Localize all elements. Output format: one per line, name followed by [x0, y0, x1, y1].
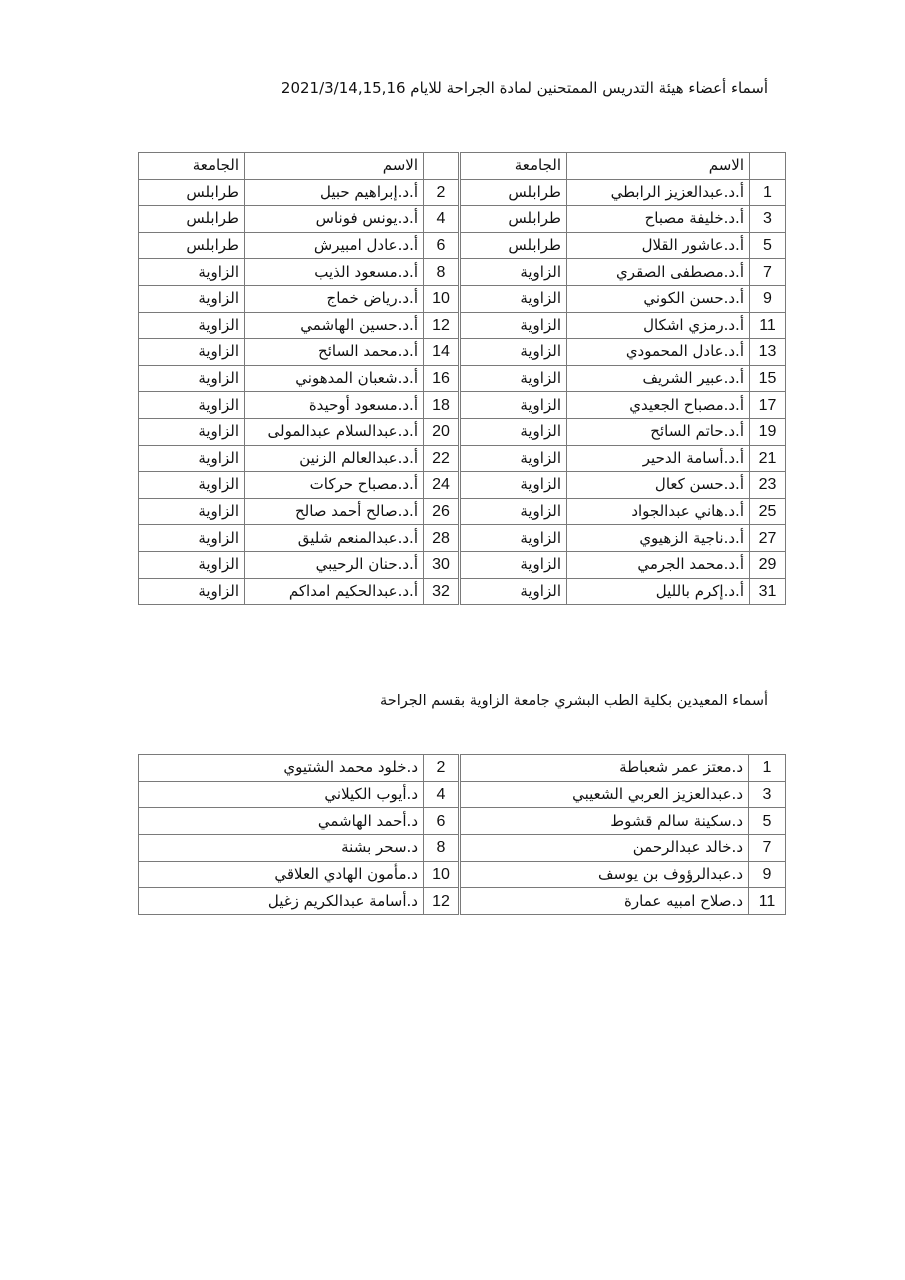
cell-university: الزاوية	[139, 392, 245, 419]
cell-university: الزاوية	[460, 445, 567, 472]
cell-name: أ.د.مسعود الذيب	[245, 259, 424, 286]
cell-name: أ.د.حسين الهاشمي	[245, 312, 424, 339]
cell-university: الزاوية	[460, 525, 567, 552]
table-row: 11د.صلاح امبيه عمارة12د.أسامة عبدالكريم …	[139, 888, 786, 915]
faculty-examiners-table: الاسم الجامعة الاسم الجامعة 1أ.د.عبدالعز…	[138, 152, 786, 605]
teaching-assistants-table: 1د.معتز عمر شعباطة2د.خلود محمد الشتيوي3د…	[138, 754, 786, 915]
cell-num: 3	[749, 781, 786, 808]
cell-name: أ.د.مصباح حركات	[245, 472, 424, 499]
cell-university: الزاوية	[139, 578, 245, 605]
cell-university: الزاوية	[460, 285, 567, 312]
cell-university: الزاوية	[460, 578, 567, 605]
table-row: 13أ.د.عادل المحموديالزاوية14أ.د.محمد الس…	[139, 339, 786, 366]
table-row: 25أ.د.هاني عبدالجوادالزاوية26أ.د.صالح أح…	[139, 498, 786, 525]
cell-university: الزاوية	[139, 551, 245, 578]
cell-name: أ.د.صالح أحمد صالح	[245, 498, 424, 525]
cell-name: د.أحمد الهاشمي	[139, 808, 424, 835]
cell-num: 6	[424, 232, 460, 259]
cell-name: أ.د.عبدالسلام عبدالمولى	[245, 418, 424, 445]
cell-num: 10	[424, 861, 460, 888]
cell-num: 22	[424, 445, 460, 472]
cell-num: 16	[424, 365, 460, 392]
cell-name: أ.د.محمد الجرمي	[567, 551, 750, 578]
cell-university: الزاوية	[139, 365, 245, 392]
cell-name: د.خالد عبدالرحمن	[460, 835, 749, 862]
cell-num: 5	[749, 808, 786, 835]
table-row: 31أ.د.إكرم بالليلالزاوية32أ.د.عبدالحكيم …	[139, 578, 786, 605]
cell-name: أ.د.عاشور القلال	[567, 232, 750, 259]
cell-university: الزاوية	[460, 472, 567, 499]
header-university: الجامعة	[139, 153, 245, 180]
header-university: الجامعة	[460, 153, 567, 180]
cell-name: أ.د.حسن كعال	[567, 472, 750, 499]
cell-name: د.معتز عمر شعباطة	[460, 755, 749, 782]
cell-name: أ.د.حنان الرحيبي	[245, 551, 424, 578]
cell-num: 23	[750, 472, 786, 499]
cell-name: أ.د.حسن الكوني	[567, 285, 750, 312]
cell-name: أ.د.عبدالعزيز الرابطي	[567, 179, 750, 206]
cell-university: طرابلس	[139, 206, 245, 233]
cell-university: الزاوية	[139, 418, 245, 445]
cell-name: أ.د.مسعود أوحيدة	[245, 392, 424, 419]
cell-name: أ.د.مصباح الجعيدي	[567, 392, 750, 419]
cell-num: 7	[750, 259, 786, 286]
cell-num: 12	[424, 888, 460, 915]
cell-num: 10	[424, 285, 460, 312]
table-row: 3د.عبدالعزيز العربي الشعيبي4د.أيوب الكيل…	[139, 781, 786, 808]
cell-num: 28	[424, 525, 460, 552]
cell-name: د.أسامة عبدالكريم زغيل	[139, 888, 424, 915]
cell-num: 17	[750, 392, 786, 419]
cell-num: 26	[424, 498, 460, 525]
cell-university: الزاوية	[139, 498, 245, 525]
cell-university: الزاوية	[460, 418, 567, 445]
cell-name: أ.د.خليفة مصباح	[567, 206, 750, 233]
header-name: الاسم	[567, 153, 750, 180]
table-row: 9أ.د.حسن الكونيالزاوية10أ.د.رياض خماجالز…	[139, 285, 786, 312]
cell-num: 6	[424, 808, 460, 835]
table-row: 5د.سكينة سالم قشوط6د.أحمد الهاشمي	[139, 808, 786, 835]
cell-num: 24	[424, 472, 460, 499]
table-row: 3أ.د.خليفة مصباحطرابلس4أ.د.يونس فوناسطرا…	[139, 206, 786, 233]
cell-name: د.أيوب الكيلاني	[139, 781, 424, 808]
cell-university: الزاوية	[460, 551, 567, 578]
cell-university: طرابلس	[460, 206, 567, 233]
header-name: الاسم	[245, 153, 424, 180]
table-row: 21أ.د.أسامة الدحيرالزاوية22أ.د.عبدالعالم…	[139, 445, 786, 472]
cell-num: 32	[424, 578, 460, 605]
cell-name: أ.د.إكرم بالليل	[567, 578, 750, 605]
cell-num: 14	[424, 339, 460, 366]
table-row: 15أ.د.عبير الشريفالزاوية16أ.د.شعبان المد…	[139, 365, 786, 392]
table-row: 29أ.د.محمد الجرميالزاوية30أ.د.حنان الرحي…	[139, 551, 786, 578]
cell-num: 31	[750, 578, 786, 605]
table-row: 1أ.د.عبدالعزيز الرابطيطرابلس2أ.د.إبراهيم…	[139, 179, 786, 206]
cell-num: 30	[424, 551, 460, 578]
cell-name: أ.د.رمزي اشكال	[567, 312, 750, 339]
cell-university: الزاوية	[139, 339, 245, 366]
header-num	[424, 153, 460, 180]
cell-num: 4	[424, 781, 460, 808]
table-row: 17أ.د.مصباح الجعيديالزاوية18أ.د.مسعود أو…	[139, 392, 786, 419]
cell-name: أ.د.رياض خماج	[245, 285, 424, 312]
cell-num: 9	[750, 285, 786, 312]
cell-name: د.صلاح امبيه عمارة	[460, 888, 749, 915]
cell-num: 29	[750, 551, 786, 578]
cell-name: أ.د.مصطفى الصقري	[567, 259, 750, 286]
cell-university: الزاوية	[139, 259, 245, 286]
cell-num: 11	[750, 312, 786, 339]
cell-num: 7	[749, 835, 786, 862]
cell-university: الزاوية	[139, 525, 245, 552]
cell-name: أ.د.هاني عبدالجواد	[567, 498, 750, 525]
cell-name: د.مأمون الهادي العلاقي	[139, 861, 424, 888]
table-row: 23أ.د.حسن كعالالزاوية24أ.د.مصباح حركاتال…	[139, 472, 786, 499]
table-row: 7أ.د.مصطفى الصقريالزاوية8أ.د.مسعود الذيب…	[139, 259, 786, 286]
cell-name: أ.د.يونس فوناس	[245, 206, 424, 233]
document-title-teaching-assistants: أسماء المعيدين بكلية الطب البشري جامعة ا…	[380, 693, 768, 709]
cell-num: 5	[750, 232, 786, 259]
cell-name: أ.د.أسامة الدحير	[567, 445, 750, 472]
cell-name: د.عبدالعزيز العربي الشعيبي	[460, 781, 749, 808]
cell-name: أ.د.عبدالحكيم امداكم	[245, 578, 424, 605]
cell-num: 18	[424, 392, 460, 419]
cell-num: 27	[750, 525, 786, 552]
table-header-row: الاسم الجامعة الاسم الجامعة	[139, 153, 786, 180]
cell-num: 3	[750, 206, 786, 233]
cell-university: الزاوية	[139, 285, 245, 312]
cell-num: 8	[424, 259, 460, 286]
cell-name: أ.د.عبدالعالم الزنين	[245, 445, 424, 472]
cell-university: الزاوية	[460, 312, 567, 339]
cell-university: الزاوية	[460, 365, 567, 392]
cell-name: أ.د.عبدالمنعم شليق	[245, 525, 424, 552]
cell-name: د.خلود محمد الشتيوي	[139, 755, 424, 782]
cell-num: 11	[749, 888, 786, 915]
table-row: 1د.معتز عمر شعباطة2د.خلود محمد الشتيوي	[139, 755, 786, 782]
cell-university: الزاوية	[460, 498, 567, 525]
cell-num: 2	[424, 755, 460, 782]
cell-university: طرابلس	[460, 179, 567, 206]
cell-university: الزاوية	[460, 259, 567, 286]
table-row: 5أ.د.عاشور القلالطرابلس6أ.د.عادل امبيرشط…	[139, 232, 786, 259]
cell-num: 13	[750, 339, 786, 366]
cell-num: 25	[750, 498, 786, 525]
cell-num: 12	[424, 312, 460, 339]
cell-name: أ.د.عادل امبيرش	[245, 232, 424, 259]
cell-num: 9	[749, 861, 786, 888]
cell-university: الزاوية	[139, 472, 245, 499]
cell-university: الزاوية	[139, 445, 245, 472]
cell-name: أ.د.عبير الشريف	[567, 365, 750, 392]
cell-name: د.سحر بشنة	[139, 835, 424, 862]
cell-num: 2	[424, 179, 460, 206]
table-row: 19أ.د.حاتم السائحالزاوية20أ.د.عبدالسلام …	[139, 418, 786, 445]
cell-name: أ.د.ناجية الزهيوي	[567, 525, 750, 552]
cell-university: الزاوية	[139, 312, 245, 339]
cell-name: أ.د.شعبان المدهوني	[245, 365, 424, 392]
cell-university: طرابلس	[139, 179, 245, 206]
document-title-faculty-examiners: أسماء أعضاء هيئة التدريس الممتحنين لمادة…	[281, 79, 768, 97]
cell-university: الزاوية	[460, 392, 567, 419]
cell-name: أ.د.عادل المحمودي	[567, 339, 750, 366]
cell-num: 19	[750, 418, 786, 445]
table-row: 11أ.د.رمزي اشكالالزاوية12أ.د.حسين الهاشم…	[139, 312, 786, 339]
cell-num: 20	[424, 418, 460, 445]
cell-university: طرابلس	[460, 232, 567, 259]
cell-num: 4	[424, 206, 460, 233]
cell-name: أ.د.حاتم السائح	[567, 418, 750, 445]
cell-name: د.عبدالرؤوف بن يوسف	[460, 861, 749, 888]
cell-num: 15	[750, 365, 786, 392]
cell-num: 1	[749, 755, 786, 782]
table-row: 9د.عبدالرؤوف بن يوسف10د.مأمون الهادي الع…	[139, 861, 786, 888]
cell-university: الزاوية	[460, 339, 567, 366]
table-row: 7د.خالد عبدالرحمن8د.سحر بشنة	[139, 835, 786, 862]
cell-name: أ.د.إبراهيم حبيل	[245, 179, 424, 206]
cell-num: 8	[424, 835, 460, 862]
table-row: 27أ.د.ناجية الزهيويالزاوية28أ.د.عبدالمنع…	[139, 525, 786, 552]
header-num	[750, 153, 786, 180]
cell-num: 21	[750, 445, 786, 472]
cell-university: طرابلس	[139, 232, 245, 259]
cell-num: 1	[750, 179, 786, 206]
cell-name: أ.د.محمد السائح	[245, 339, 424, 366]
cell-name: د.سكينة سالم قشوط	[460, 808, 749, 835]
